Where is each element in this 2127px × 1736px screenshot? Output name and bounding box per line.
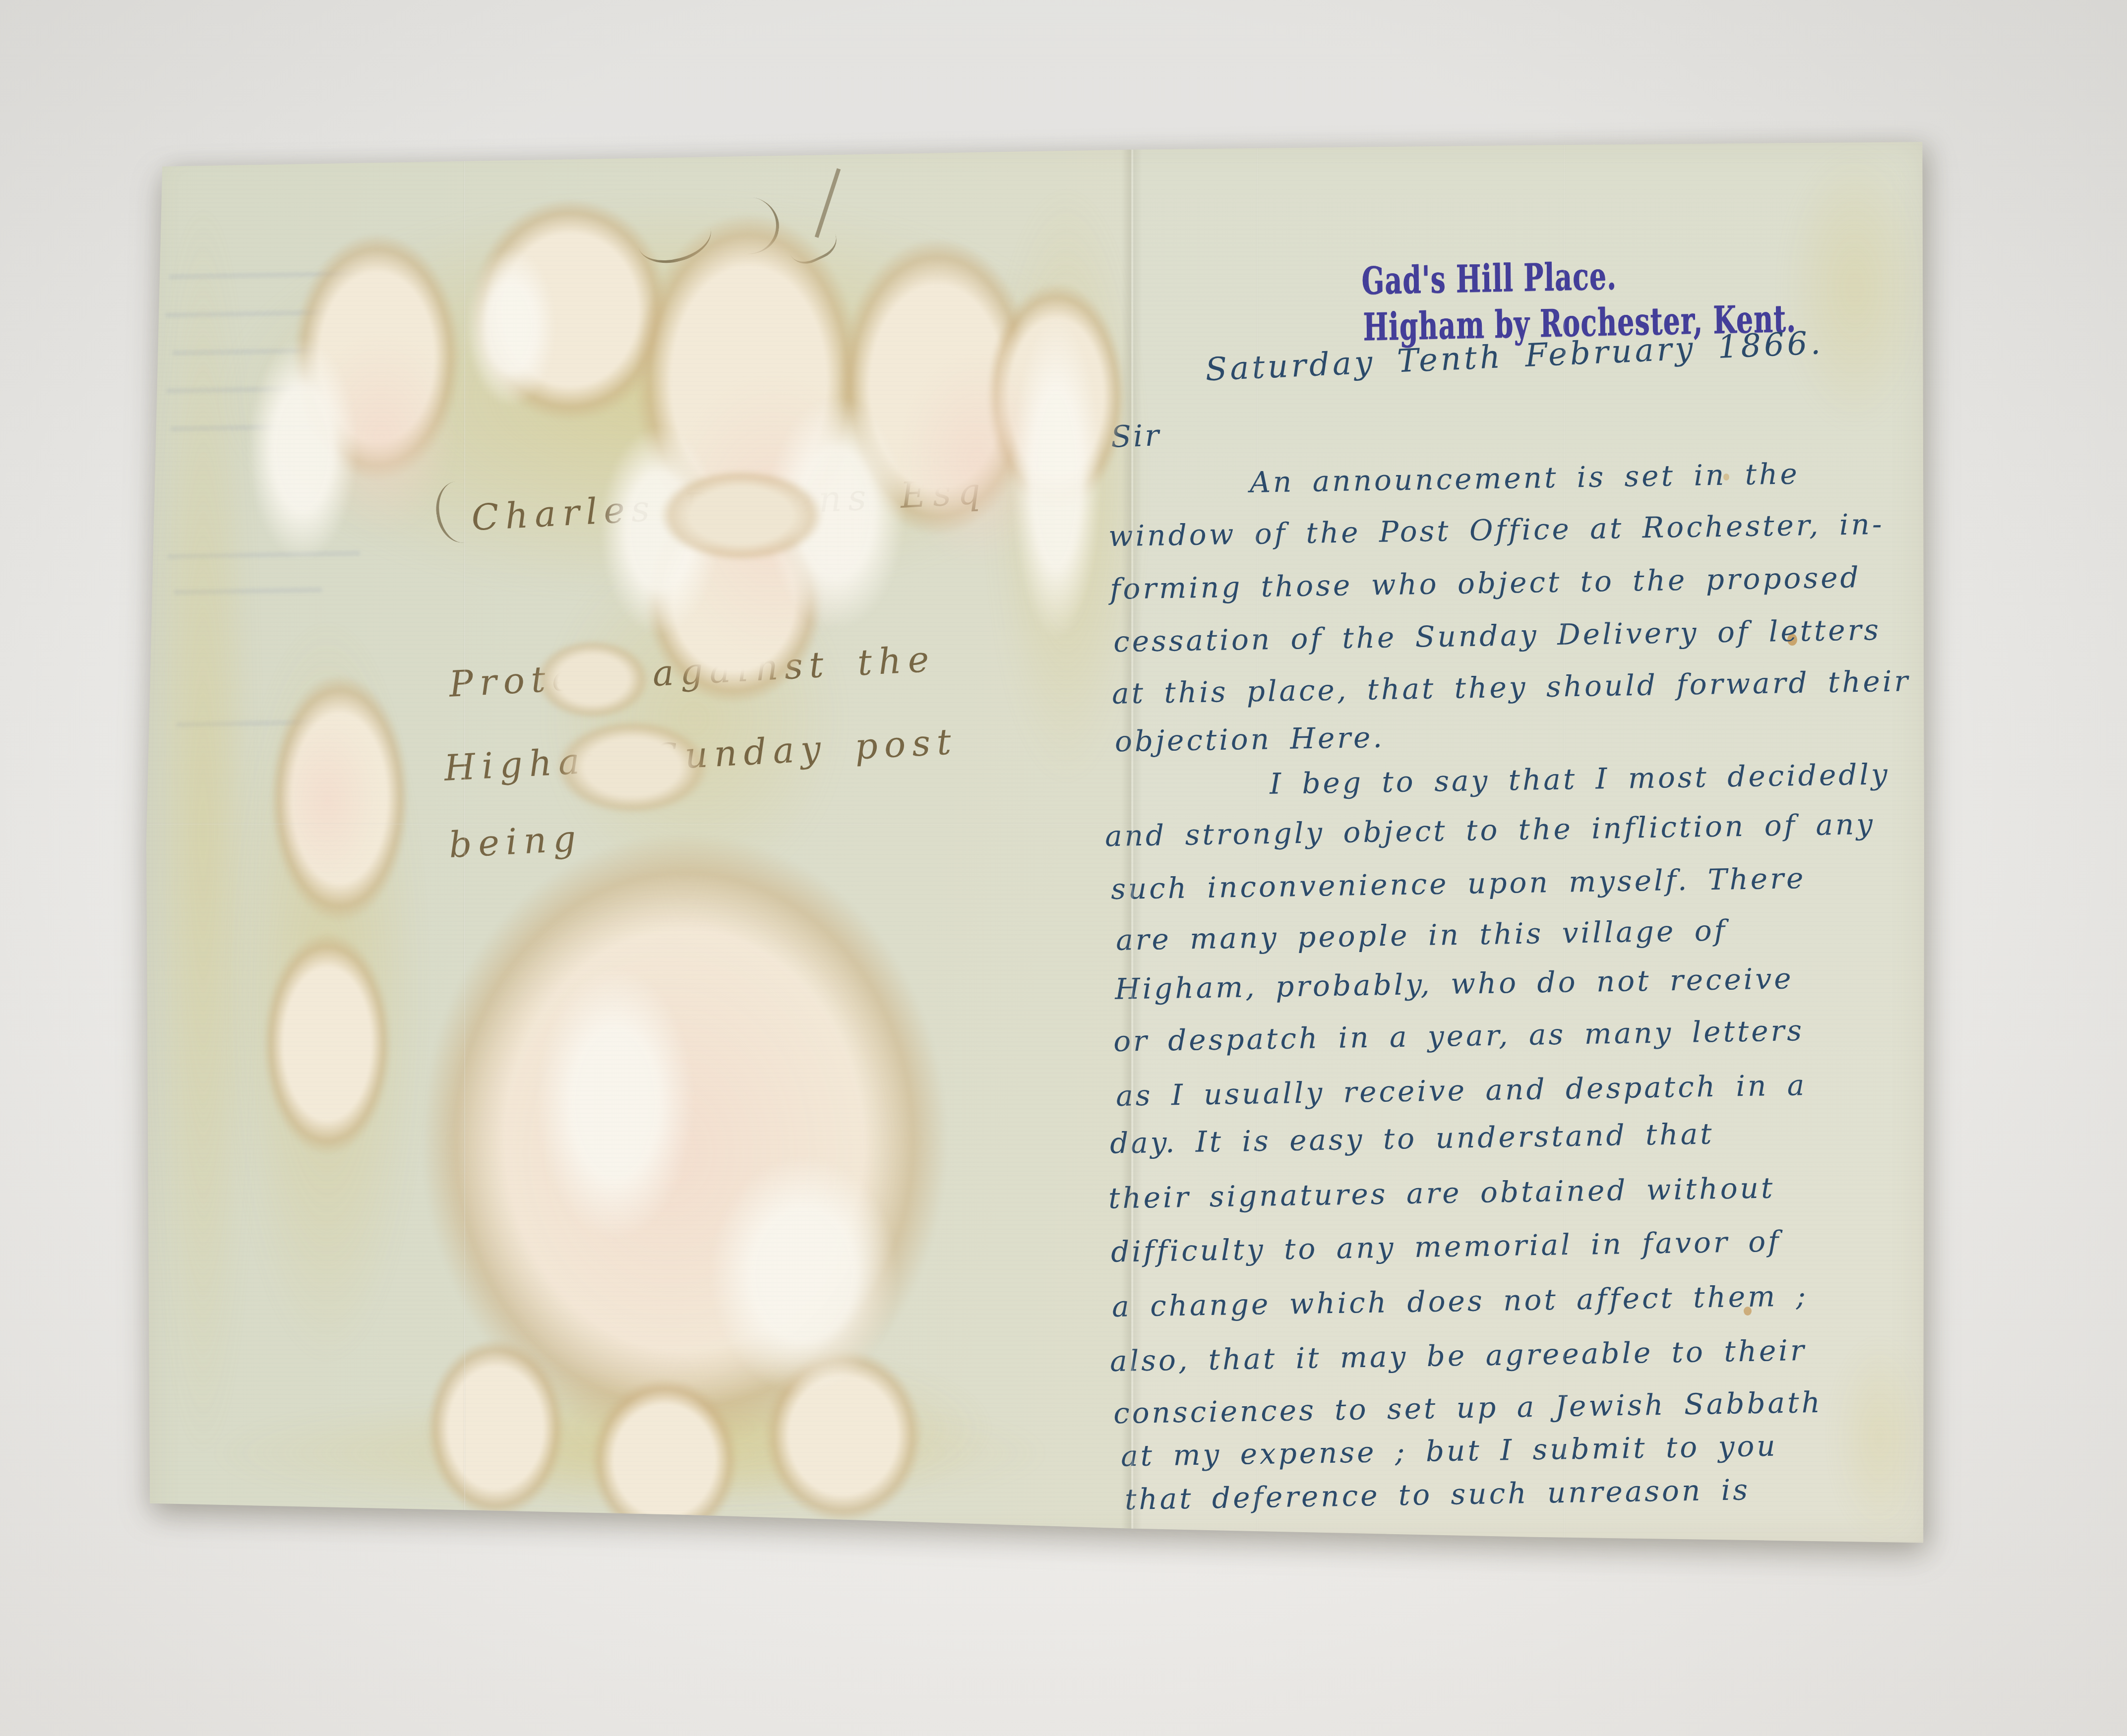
illegible-ink-fragment bbox=[712, 192, 784, 259]
stain-yellow-wash bbox=[1835, 1339, 1924, 1537]
stain-blob bbox=[293, 233, 461, 481]
ink-bleedthrough bbox=[169, 271, 357, 280]
stain-blob-pink bbox=[446, 893, 893, 1413]
stain-blob bbox=[987, 283, 1126, 511]
stain-blob bbox=[426, 1339, 565, 1517]
stain-yellow-wash bbox=[233, 620, 422, 1364]
stain-yellow-wash bbox=[546, 545, 843, 893]
stain-flake bbox=[709, 1155, 898, 1393]
stain-blob bbox=[590, 1378, 739, 1542]
letter-sheet-surface: Charles Dickens Esq Protest against the … bbox=[146, 140, 1924, 1544]
ink-bleedthrough bbox=[176, 720, 315, 727]
fold-crease-vertical bbox=[1563, 140, 1565, 1544]
fold-crease-vertical bbox=[464, 140, 466, 1544]
docket-line-2: Higham Sunday post bbox=[443, 720, 959, 789]
ink-bleedthrough bbox=[166, 385, 365, 394]
ink-bleedthrough bbox=[172, 348, 341, 356]
stain-blob bbox=[471, 198, 669, 421]
fold-crease-horizontal bbox=[146, 823, 1131, 825]
stain-flake bbox=[536, 967, 694, 1240]
docket-fragment-digit: 6 bbox=[981, 343, 1005, 379]
illegible-ink-fragment bbox=[780, 211, 843, 270]
fold-crease-horizontal bbox=[1131, 1072, 1924, 1074]
letterhead-line1: Gad's Hill Place. bbox=[1361, 254, 1617, 303]
fold-crease-horizontal bbox=[1131, 611, 1924, 613]
fold-crease-vertical bbox=[1256, 140, 1258, 1544]
ink-bleedthrough bbox=[170, 423, 334, 431]
stain-flake bbox=[1012, 317, 1101, 640]
stain-blob bbox=[764, 1349, 922, 1522]
stain-blob-pink bbox=[903, 357, 1051, 565]
ink-bleedthrough bbox=[165, 309, 373, 317]
stain-yellow-wash bbox=[422, 1349, 992, 1507]
stain-yellow-wash bbox=[1785, 149, 1924, 426]
stain-flake bbox=[466, 248, 555, 407]
stain-blob-large bbox=[422, 833, 947, 1448]
illegible-ink-fragment bbox=[632, 205, 717, 271]
docket-line-1: Protest against the bbox=[448, 638, 936, 705]
docket-addressee: Charles Dickens Esq bbox=[471, 470, 988, 539]
ink-bleedthrough bbox=[174, 587, 322, 595]
ink-bleedthrough bbox=[167, 551, 361, 559]
stain-blob-pink bbox=[307, 337, 456, 536]
letter-sheet: Charles Dickens Esq Protest against the … bbox=[146, 140, 1924, 1544]
stain-blob bbox=[263, 932, 392, 1155]
fold-spine bbox=[1121, 140, 1142, 1544]
body-line: objection Here. bbox=[1114, 720, 1385, 759]
stain-yellow-wash bbox=[208, 1398, 1051, 1507]
stain-flake bbox=[248, 337, 357, 560]
left-page: Charles Dickens Esq Protest against the … bbox=[146, 140, 1131, 1544]
stain-blob-pink bbox=[278, 719, 377, 883]
stain-blob bbox=[270, 674, 409, 922]
